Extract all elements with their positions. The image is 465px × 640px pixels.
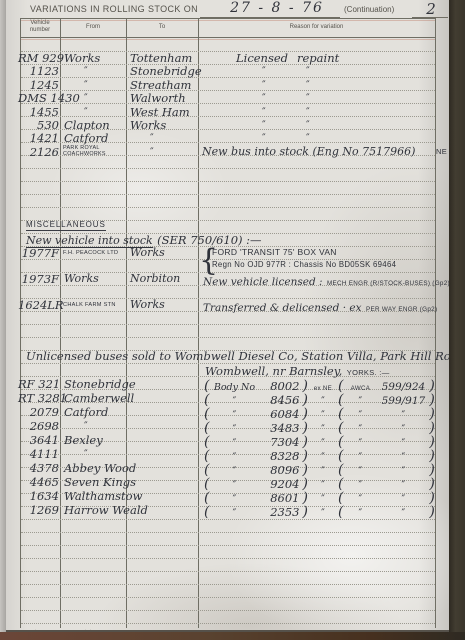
to-cell: Walworth bbox=[130, 91, 186, 105]
ditto-mark: ″ bbox=[262, 107, 266, 118]
vehicle-number: 1977F bbox=[18, 246, 59, 260]
ruled-line bbox=[21, 181, 435, 182]
table-row: 1123″Stonebridge″″ bbox=[0, 64, 465, 78]
ditto-mark: ″ bbox=[150, 147, 154, 158]
to-cell: Works bbox=[130, 246, 165, 259]
table-row: 1269Harrow Weald(″2353)″(″″) bbox=[0, 503, 465, 517]
from-cell: F.H. PEACOCK LTD bbox=[63, 250, 118, 256]
from-cell: Works bbox=[64, 272, 99, 285]
sold-intro-line1: Unlicensed buses sold to Wombwell Diesel… bbox=[26, 349, 465, 363]
scan-fringe bbox=[20, 20, 435, 21]
table-row: 4465Seven Kings(″9204)″(″″) bbox=[0, 475, 465, 489]
ditto-mark: ″ bbox=[150, 133, 154, 144]
table-row: 2126PARK ROYALCOACHWORKS″New bus into st… bbox=[0, 145, 465, 159]
header-to: To bbox=[126, 24, 198, 31]
table-row: 2079Catford(″6084)″(″″) bbox=[0, 405, 465, 419]
from-cell: Abbey Wood bbox=[64, 461, 136, 475]
from-cell: Seven Kings bbox=[64, 475, 136, 489]
ruled-line bbox=[21, 168, 435, 169]
table-row: 2698″(″3483)″(″″) bbox=[0, 419, 465, 433]
ditto-mark: ″ bbox=[306, 80, 310, 91]
header-reason: Reason for variation bbox=[198, 24, 435, 31]
from-cell: Bexley bbox=[64, 433, 103, 447]
table-row: 4378Abbey Wood(″8096)″(″″) bbox=[0, 461, 465, 475]
scanned-document: VARIATIONS IN ROLLING STOCK ON 27 - 8 - … bbox=[0, 0, 465, 640]
from-cell: Catford bbox=[64, 405, 108, 419]
to-cell: Norbiton bbox=[130, 272, 180, 285]
header-vehicle-number: Vehicle number bbox=[20, 20, 60, 33]
vehicle-number: 1634 bbox=[18, 489, 59, 503]
table-header-border bbox=[20, 37, 435, 38]
ruled-line bbox=[21, 324, 435, 325]
ruled-line bbox=[21, 545, 435, 546]
ditto-mark: ″ bbox=[262, 133, 266, 144]
ruled-line bbox=[21, 558, 435, 559]
reason-cell: Licensed bbox=[236, 51, 288, 65]
vehicle-number: 1455 bbox=[18, 105, 59, 119]
reason-caps: PER WAY ENGR (Gp2) bbox=[366, 306, 437, 313]
to-cell: Streatham bbox=[130, 78, 191, 92]
table-row: 3641Bexley(″7304)″(″″) bbox=[0, 433, 465, 447]
misc-heading: MISCELLANEOUS bbox=[26, 220, 106, 231]
header-from: From bbox=[60, 24, 126, 31]
reason-cell-line1: FORD 'TRANSIT 75' BOX VAN bbox=[212, 247, 337, 257]
vehicle-number: DMS 1430 bbox=[18, 91, 59, 105]
ruled-line bbox=[21, 610, 435, 611]
ditto-mark: ″ bbox=[262, 66, 266, 77]
to-cell: Tottenham bbox=[130, 51, 192, 65]
body-number: 2353 bbox=[259, 505, 299, 519]
table-row: 1421Catford″″″ bbox=[0, 131, 465, 145]
ruled-line bbox=[21, 194, 435, 195]
reason-caps: MECH ENGR (R/STOCK-BUSES) (Gp2) bbox=[327, 280, 450, 287]
ditto-mark: ″ bbox=[84, 449, 88, 460]
table-row: 1455″West Ham″″ bbox=[0, 105, 465, 119]
from-cell: CHALK FARM STN bbox=[63, 302, 116, 308]
from-cell: Harrow Weald bbox=[64, 503, 148, 517]
vehicle-number: 4378 bbox=[18, 461, 59, 475]
page-number: 2 bbox=[415, 0, 447, 18]
table-row: 4111″(″8328)″(″″) bbox=[0, 447, 465, 461]
ruled-line bbox=[21, 571, 435, 572]
close-paren: ) bbox=[429, 504, 434, 520]
table-top-border bbox=[20, 18, 435, 19]
table-row: 1634Walthamstow(″8601)″(″″) bbox=[0, 489, 465, 503]
scan-bottom-strip bbox=[0, 632, 465, 640]
table-row: 530ClaptonWorks″″ bbox=[0, 118, 465, 132]
from-cell: Camberwell bbox=[64, 391, 134, 405]
ruled-line bbox=[21, 337, 435, 338]
body-number-cell: (″2353)″(″″) bbox=[204, 503, 435, 521]
from-cell: PARK ROYALCOACHWORKS bbox=[63, 145, 106, 157]
ditto-mark: ″ bbox=[306, 66, 310, 77]
table-row: RM 929WorksTottenhamLicensedrepaint bbox=[0, 51, 465, 65]
ditto-mark: ″ bbox=[306, 120, 310, 131]
ruled-line bbox=[21, 207, 435, 208]
ditto-mark: ″ bbox=[343, 508, 377, 519]
vehicle-number: RF 321 bbox=[18, 377, 59, 391]
from-cell: Catford bbox=[64, 131, 108, 145]
ditto-mark: ″ bbox=[84, 93, 88, 104]
close-paren: ) bbox=[299, 504, 307, 520]
form-title: VARIATIONS IN ROLLING STOCK ON bbox=[30, 4, 198, 14]
vehicle-number: 2079 bbox=[18, 405, 59, 419]
vehicle-number: 1421 bbox=[18, 131, 59, 145]
ditto-mark: ″ bbox=[306, 107, 310, 118]
vehicle-number: 1624LR bbox=[18, 298, 59, 312]
ruled-line bbox=[21, 584, 435, 585]
ditto-mark: ″ bbox=[262, 93, 266, 104]
ditto-mark: ″ bbox=[306, 93, 310, 104]
ditto-mark: ″ bbox=[377, 508, 429, 519]
continuation-label: (Continuation) bbox=[344, 5, 394, 14]
sold-intro-script: Wombwell, nr Barnsley, bbox=[205, 364, 342, 378]
ruled-line bbox=[21, 597, 435, 598]
table-row: 1245″Streatham″″ bbox=[0, 78, 465, 92]
date-field: 27 - 8 - 76 bbox=[213, 0, 341, 16]
reason-script: New vehicle licensed : bbox=[203, 276, 323, 288]
reason-cell-line2: Regn No OJD 977R : Chassis No BD05SK 694… bbox=[212, 260, 396, 269]
vehicle-number: 3641 bbox=[18, 433, 59, 447]
scan-fringe bbox=[20, 39, 435, 40]
ditto-mark: ″ bbox=[84, 421, 88, 432]
from-cell: Walthamstow bbox=[64, 489, 142, 503]
to-cell: Stonebridge bbox=[130, 64, 202, 78]
ditto-mark: ″ bbox=[84, 66, 88, 77]
ruled-line bbox=[21, 623, 435, 624]
vehicle-number: RT 3281 bbox=[18, 391, 59, 405]
ditto-mark: ″ bbox=[306, 133, 310, 144]
ditto-mark: ″ bbox=[308, 508, 338, 519]
vehicle-number: 1123 bbox=[18, 64, 59, 78]
ditto-mark: ″ bbox=[84, 80, 88, 91]
vehicle-number: 4465 bbox=[18, 475, 59, 489]
vehicle-number: 2698 bbox=[18, 419, 59, 433]
reason-cell: New bus into stock (Eng No 7517966) bbox=[202, 145, 415, 158]
vehicle-number: 1973F bbox=[18, 272, 59, 286]
ditto-mark: ″ bbox=[84, 107, 88, 118]
reason-cell: Transferred & delicensed · ex PER WAY EN… bbox=[203, 298, 437, 316]
scan-right-strip bbox=[449, 0, 465, 640]
vehicle-number: 4111 bbox=[18, 447, 59, 461]
to-cell: Works bbox=[130, 298, 165, 311]
table-row: DMS 1430″Walworth″″ bbox=[0, 91, 465, 105]
ruled-line bbox=[21, 532, 435, 533]
vehicle-number: 530 bbox=[18, 118, 59, 132]
table-row: RT 3281Camberwell(″8456)″(″599/917) bbox=[0, 391, 465, 405]
ditto-mark: ″ bbox=[262, 120, 266, 131]
sold-intro-line2: Wombwell, nr Barnsley, YORKS. :— bbox=[205, 362, 390, 380]
from-cell: Stonebridge bbox=[64, 377, 136, 391]
vehicle-number: 1269 bbox=[18, 503, 59, 517]
from-cell: Works bbox=[64, 51, 100, 65]
reason-cell: New vehicle licensed : MECH ENGR (R/STOC… bbox=[203, 272, 450, 290]
sold-intro-caps: YORKS. :— bbox=[347, 368, 390, 377]
to-cell: Works bbox=[130, 118, 166, 132]
reason-script: Transferred & delicensed · ex bbox=[203, 302, 362, 314]
vehicle-number: 2126 bbox=[18, 145, 59, 159]
ditto-mark: ″ bbox=[209, 508, 259, 519]
reason-cell: repaint bbox=[297, 51, 339, 65]
vehicle-number: 1245 bbox=[18, 78, 59, 92]
ditto-mark: ″ bbox=[262, 80, 266, 91]
reason-suffix: NE bbox=[436, 147, 447, 156]
from-cell: Clapton bbox=[64, 118, 110, 132]
vehicle-number: RM 929 bbox=[18, 51, 59, 65]
to-cell: West Ham bbox=[130, 105, 190, 119]
